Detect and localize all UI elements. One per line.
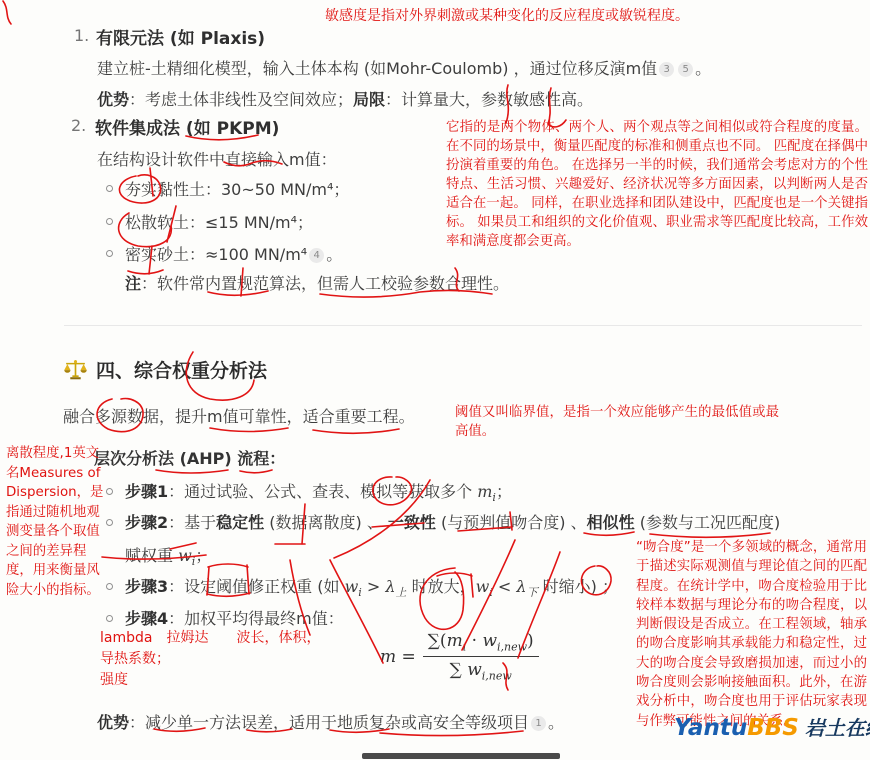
method1-body-text: 建立桩-土精细化模型，输入土体本构 (如Mohr-Coulomb) ，通过位移反… [97,59,657,78]
ahp-step4: 步骤4：加权平均得最终m值： [125,606,344,629]
method1-body-end: 。 [695,59,711,78]
list-number-1: 1. [74,26,89,45]
section4-intro: 融合多源数据，提升m值可靠性，适合重要工程。 [63,404,415,427]
method2-note: 注：软件常内置规范算法，但需人工校验参数合理性。 [125,271,509,294]
bullet-marker [106,218,113,225]
weighted-mean-formula: m = ∑(mi · wi,new)∑ wi,new [380,631,539,683]
logo-chinese: 岩土在线 [805,716,870,740]
citation-badge-4[interactable]: 4 [309,248,324,263]
bullet-marker [106,519,113,526]
citation-badge-3[interactable]: 3 [659,62,674,77]
balance-scale-icon [63,357,88,382]
soil-item-3: 密实砂土：≈100 MN/m⁴4。 [125,242,342,265]
method2-title: 软件集成法 (如 PKPM) [95,114,279,139]
method1-pros-cons: 优势：考虑土体非线性及空间效应；局限：计算量大，参数敏感性高。 [97,87,593,110]
method1-body: 建立桩-土精细化模型，输入土体本构 (如Mohr-Coulomb) ，通过位移反… [97,56,711,79]
ahp-step2-line2: 赋权重 wi； [125,543,211,568]
soil-item-3-text: 密实砂土：≈100 MN/m⁴ [125,245,307,264]
ahp-step2-line1: 步骤2：基于稳定性 (数据离散度) 、 一致性 (与预判值吻合度) 、相似性 (… [125,510,780,533]
bullet-marker [106,185,113,192]
formula-fraction: ∑(mi · wi,new)∑ wi,new [423,631,539,683]
advantage-end: 。 [548,713,564,732]
bottom-bar [362,753,560,759]
ahp-step1: 步骤1：通过试验、公式、查表、模拟等获取多个 mi； [125,479,512,504]
citation-badge-1[interactable]: 1 [531,716,546,731]
section-divider [64,325,862,326]
list-number-2: 2. [71,116,86,135]
bullet-marker [106,488,113,495]
formula-lhs: m = [380,647,416,667]
ahp-heading: 层次分析法 (AHP) 流程： [94,446,285,469]
annotation-sensitivity: 敏感度是指对外界刺激或某种变化的反应程度或敏锐程度。 [325,5,689,25]
annotation-fit-degree: “吻合度”是一个多领域的概念，通常用于描述实际观测值与理论值之间的匹配程度。在统… [636,538,867,731]
ahp-step3: 步骤3：设定阈值修正权重 (如 wi > λ上 时放大，wi < λ下 时缩小)… [125,574,618,600]
document-page: 1. 有限元法 (如 Plaxis) 建立桩-土精细化模型，输入土体本构 (如M… [0,0,870,760]
bullet-marker [106,615,113,622]
advantage-text: 优势：减少单一方法误差，适用于地质复杂或高安全等级项目 [97,713,529,732]
annotation-dispersion: 离散程度,1英文名Measures of Dispersion，是指通过随机地观… [6,444,104,600]
yantubbs-logo: YantuBBS岩土在线 [674,712,870,741]
annotation-match-degree: 它指的是两个物体、两个人、两个观点等之间相似或符合程度的度量。 在不同的场景中，… [446,118,868,251]
formula-numerator: ∑(mi · wi,new) [423,631,539,657]
method2-intro: 在结构设计软件中直接输入m值： [97,147,337,170]
logo-bbs: BBS [747,715,799,741]
citation-badge-5[interactable]: 5 [678,62,693,77]
formula-denominator: ∑ wi,new [423,657,539,682]
section4-advantage: 优势：减少单一方法误差，适用于地质复杂或高安全等级项目1。 [97,710,564,733]
bullet-marker [106,583,113,590]
soil-item-2: 松散软土：≤15 MN/m⁴； [125,210,313,233]
annotation-lambda: lambda 拉姆达 波长，体积， 导热系数； 强度 [100,628,380,691]
method1-title: 有限元法 (如 Plaxis) [96,24,265,49]
section4-title: 四、综合权重分析法 [96,356,267,383]
soil-item-1: 夯实黏性土：30~50 MN/m⁴； [125,177,349,200]
bullet-marker [106,250,113,257]
logo-yantu: Yantu [674,715,747,741]
soil-item-3-end: 。 [326,245,342,264]
annotation-threshold: 阈值又叫临界值，是指一个效应能够产生的最低值或最高值。 [455,403,779,441]
